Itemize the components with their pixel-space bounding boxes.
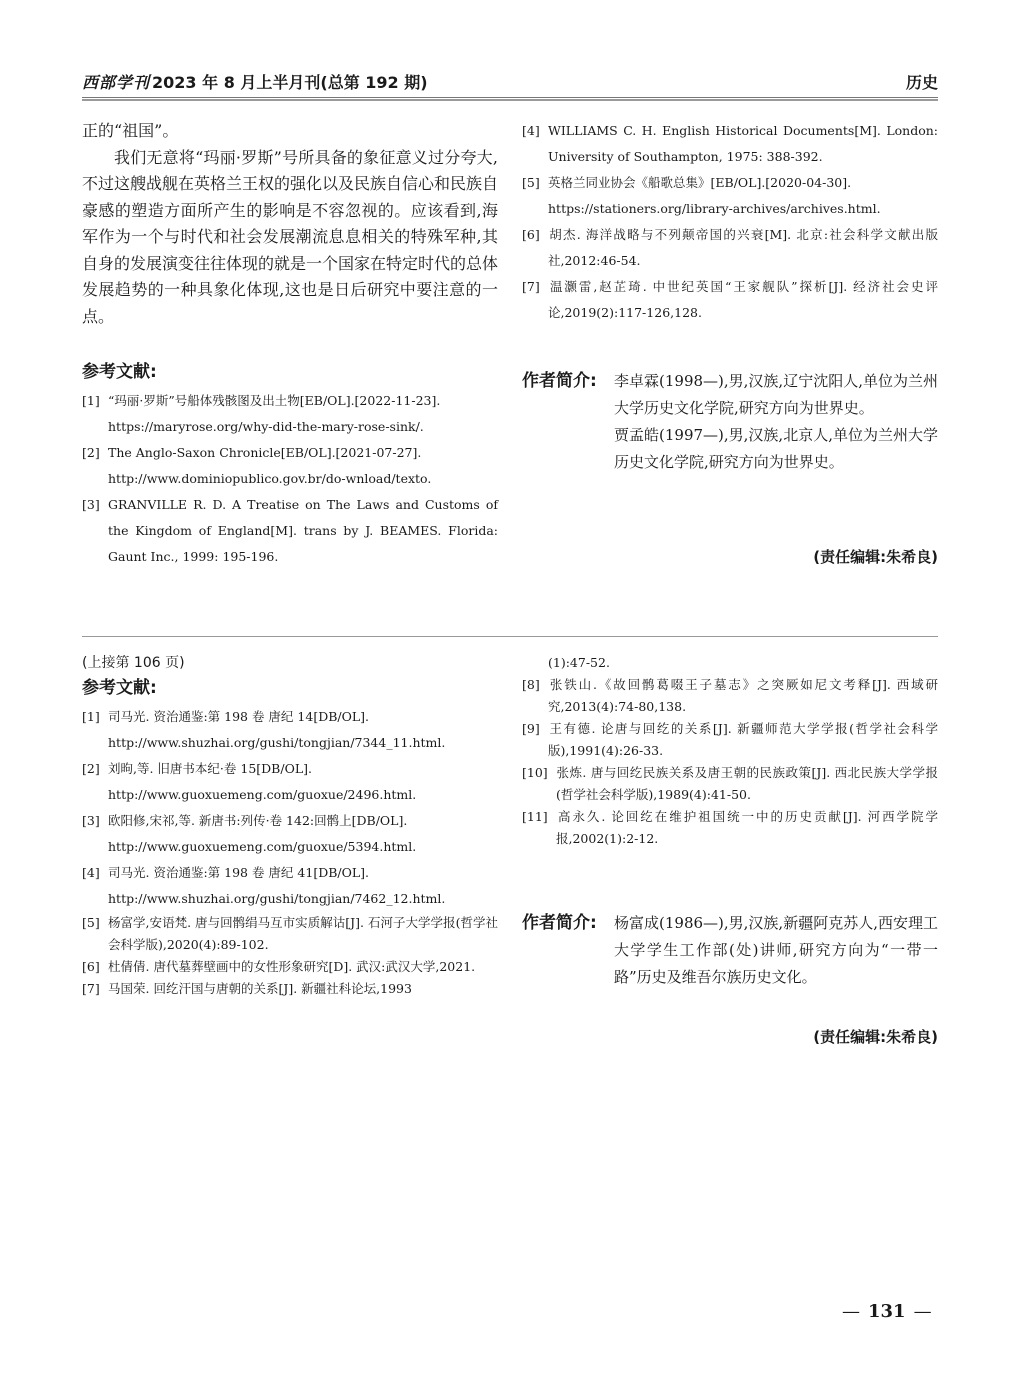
reference-item: [6]胡杰. 海洋战略与不列颠帝国的兴衰[M]. 北京:社会科学文献出版社,20… (522, 222, 938, 274)
reference-text: GRANVILLE R. D. A Treatise on The Laws a… (108, 497, 498, 564)
reference-number: [7] (82, 978, 108, 1000)
reference-item: [2]The Anglo-Saxon Chronicle[EB/OL].[202… (82, 440, 498, 492)
reference-number: [2] (82, 756, 108, 782)
reference-item: [1]司马光. 资治通鉴:第 198 卷 唐纪 14[DB/OL].http:/… (82, 704, 498, 756)
reference-number: [4] (82, 860, 108, 886)
article1-right-column: [4]WILLIAMS C. H. English Historical Doc… (522, 118, 938, 326)
reference-url[interactable]: https://maryrose.org/why-did-the-mary-ro… (108, 419, 424, 434)
reference-url[interactable]: http://www.shuzhai.org/gushi/tongjian/73… (108, 735, 445, 750)
reference-text: “玛丽·罗斯”号船体残骸图及出土物[EB/OL].[2022-11-23]. (108, 393, 440, 408)
reference-url[interactable]: http://www.dominiopublico.gov.br/do-wnlo… (108, 471, 431, 486)
references-title: 参考文献: (82, 676, 498, 700)
reference-url[interactable]: http://www.shuzhai.org/gushi/tongjian/74… (108, 891, 445, 906)
dash-left: — (842, 1301, 860, 1322)
reference-item: [7]温灏雷,赵芷琦. 中世纪英国“王家舰队”探析[J]. 经济社会史评论,20… (522, 274, 938, 326)
page-number: —131— (834, 1300, 940, 1324)
reference-text: 胡杰. 海洋战略与不列颠帝国的兴衰[M]. 北京:社会科学文献出版社,2012:… (548, 227, 938, 268)
reference-number: [1] (82, 704, 108, 730)
author-label: 作者简介: (522, 910, 597, 936)
reference-number: [3] (82, 492, 108, 518)
reference-number: [9] (522, 718, 548, 740)
reference-number: [6] (522, 222, 548, 248)
reference-item: [8]张铁山.《故回鹘葛啜王子墓志》之突厥如尼文考释[J]. 西域研究,2013… (522, 674, 938, 718)
author-entry: 李卓霖(1998—),男,汉族,辽宁沈阳人,单位为兰州大学历史文化学院,研究方向… (614, 368, 938, 422)
reference-item: [5]英格兰同业协会《船歌总集》[EB/OL].[2020-04-30].htt… (522, 170, 938, 222)
reference-continuation: (1):47-52. (522, 652, 938, 674)
continued-note: (上接第 106 页) (82, 652, 498, 674)
dash-right: — (914, 1301, 932, 1322)
reference-text: 杜倩倩. 唐代墓葬壁画中的女性形象研究[D]. 武汉:武汉大学,2021. (108, 959, 475, 974)
section-name: 历史 (906, 72, 938, 94)
reference-text: 刘昫,等. 旧唐书本纪·卷 15[DB/OL]. (108, 761, 312, 776)
reference-text: 英格兰同业协会《船歌总集》[EB/OL].[2020-04-30]. (548, 175, 851, 190)
reference-text: 杨富学,安语梵. 唐与回鹘绢马互市实质解诂[J]. 石河子大学学报(哲学社会科学… (108, 915, 498, 952)
reference-number: [2] (82, 440, 108, 466)
reference-text: 张铁山.《故回鹘葛啜王子墓志》之突厥如尼文考释[J]. 西域研究,2013(4)… (548, 677, 938, 714)
reference-item: [7]马国荣. 回纥汗国与唐朝的关系[J]. 新疆社科论坛,1993 (82, 978, 498, 1000)
author-text: 李卓霖(1998—),男,汉族,辽宁沈阳人,单位为兰州大学历史文化学院,研究方向… (614, 368, 938, 476)
author-entry: 杨富成(1986—),男,汉族,新疆阿克苏人,西安理工大学学生工作部(处)讲师,… (614, 910, 938, 991)
reference-number: [4] (522, 118, 548, 144)
reference-item: [11]高永久. 论回纥在维护祖国统一中的历史贡献[J]. 河西学院学报,200… (522, 806, 938, 850)
reference-text: 司马光. 资治通鉴:第 198 卷 唐纪 14[DB/OL]. (108, 709, 369, 724)
reference-item: [1]“玛丽·罗斯”号船体残骸图及出土物[EB/OL].[2022-11-23]… (82, 388, 498, 440)
reference-text: 张炼. 唐与回纥民族关系及唐王朝的民族政策[J]. 西北民族大学学报(哲学社会科… (556, 765, 938, 802)
reference-text: 温灏雷,赵芷琦. 中世纪英国“王家舰队”探析[J]. 经济社会史评论,2019(… (548, 279, 938, 320)
reference-url[interactable]: https://stationers.org/library-archives/… (548, 201, 881, 216)
reference-url[interactable]: http://www.guoxuemeng.com/guoxue/2496.ht… (108, 787, 416, 802)
reference-item: [4]WILLIAMS C. H. English Historical Doc… (522, 118, 938, 170)
reference-url[interactable]: http://www.guoxuemeng.com/guoxue/5394.ht… (108, 839, 416, 854)
reference-item: [3]欧阳修,宋祁,等. 新唐书:列传·卷 142:回鹘上[DB/OL].htt… (82, 808, 498, 860)
reference-text: 王有德. 论唐与回纥的关系[J]. 新疆师范大学学报(哲学社会科学版),1991… (548, 721, 938, 758)
reference-number: [5] (522, 170, 548, 196)
reference-item: [9]王有德. 论唐与回纥的关系[J]. 新疆师范大学学报(哲学社会科学版),1… (522, 718, 938, 762)
author-entry: 贾孟皓(1997—),男,汉族,北京人,单位为兰州大学历史文化学院,研究方向为世… (614, 422, 938, 476)
page-number-value: 131 (868, 1301, 906, 1322)
editor-credit: (责任编辑:朱希良) (813, 1026, 938, 1048)
reference-number: [5] (82, 912, 108, 934)
reference-number: [1] (82, 388, 108, 414)
reference-number: [3] (82, 808, 108, 834)
reference-text: 马国荣. 回纥汗国与唐朝的关系[J]. 新疆社科论坛,1993 (108, 981, 412, 996)
reference-number: [8] (522, 674, 548, 696)
journal-logo: 西部学刊 (82, 73, 150, 92)
reference-item: [2]刘昫,等. 旧唐书本纪·卷 15[DB/OL].http://www.gu… (82, 756, 498, 808)
article1-left-column: 正的“祖国”。 我们无意将“玛丽·罗斯”号所具备的象征意义过分夸大,不过这艘战舰… (82, 118, 498, 570)
author-text: 杨富成(1986—),男,汉族,新疆阿克苏人,西安理工大学学生工作部(处)讲师,… (614, 910, 938, 991)
reference-number: [11] (522, 806, 556, 828)
reference-number: [10] (522, 762, 556, 784)
author-label: 作者简介: (522, 368, 597, 394)
reference-text: 高永久. 论回纥在维护祖国统一中的历史贡献[J]. 河西学院学报,2002(1)… (556, 809, 938, 846)
article1-author-bio: 作者简介: 李卓霖(1998—),男,汉族,辽宁沈阳人,单位为兰州大学历史文化学… (522, 368, 938, 578)
reference-number: [7] (522, 274, 548, 300)
article2-right-column: (1):47-52. [8]张铁山.《故回鹘葛啜王子墓志》之突厥如尼文考释[J]… (522, 652, 938, 850)
editor-credit: (责任编辑:朱希良) (813, 546, 938, 568)
reference-text: 欧阳修,宋祁,等. 新唐书:列传·卷 142:回鹘上[DB/OL]. (108, 813, 407, 828)
reference-item: [3]GRANVILLE R. D. A Treatise on The Law… (82, 492, 498, 570)
reference-number: [6] (82, 956, 108, 978)
body-paragraph: 我们无意将“玛丽·罗斯”号所具备的象征意义过分夸大,不过这艘战舰在英格兰王权的强… (82, 145, 498, 331)
reference-item: [6]杜倩倩. 唐代墓葬壁画中的女性形象研究[D]. 武汉:武汉大学,2021. (82, 956, 498, 978)
article2-left-column: (上接第 106 页) 参考文献: [1]司马光. 资治通鉴:第 198 卷 唐… (82, 652, 498, 1000)
header-rule (82, 97, 938, 101)
journal-issue: 西部学刊2023 年 8 月上半月刊(总第 192 期) (82, 72, 428, 94)
reference-item: [5]杨富学,安语梵. 唐与回鹘绢马互市实质解诂[J]. 石河子大学学报(哲学社… (82, 912, 498, 956)
reference-text: 司马光. 资治通鉴:第 198 卷 唐纪 41[DB/OL]. (108, 865, 369, 880)
reference-text: WILLIAMS C. H. English Historical Docume… (548, 123, 938, 164)
body-paragraph: 正的“祖国”。 (82, 118, 498, 145)
running-header: 西部学刊2023 年 8 月上半月刊(总第 192 期) 历史 (82, 72, 938, 96)
reference-item: [10]张炼. 唐与回纥民族关系及唐王朝的民族政策[J]. 西北民族大学学报(哲… (522, 762, 938, 806)
article2-author-bio: 作者简介: 杨富成(1986—),男,汉族,新疆阿克苏人,西安理工大学学生工作部… (522, 910, 938, 1060)
reference-item: [4]司马光. 资治通鉴:第 198 卷 唐纪 41[DB/OL].http:/… (82, 860, 498, 912)
references-title: 参考文献: (82, 360, 498, 384)
issue-info: 2023 年 8 月上半月刊(总第 192 期) (152, 73, 428, 92)
reference-text: The Anglo-Saxon Chronicle[EB/OL].[2021-0… (108, 445, 421, 460)
article-divider (82, 636, 938, 637)
